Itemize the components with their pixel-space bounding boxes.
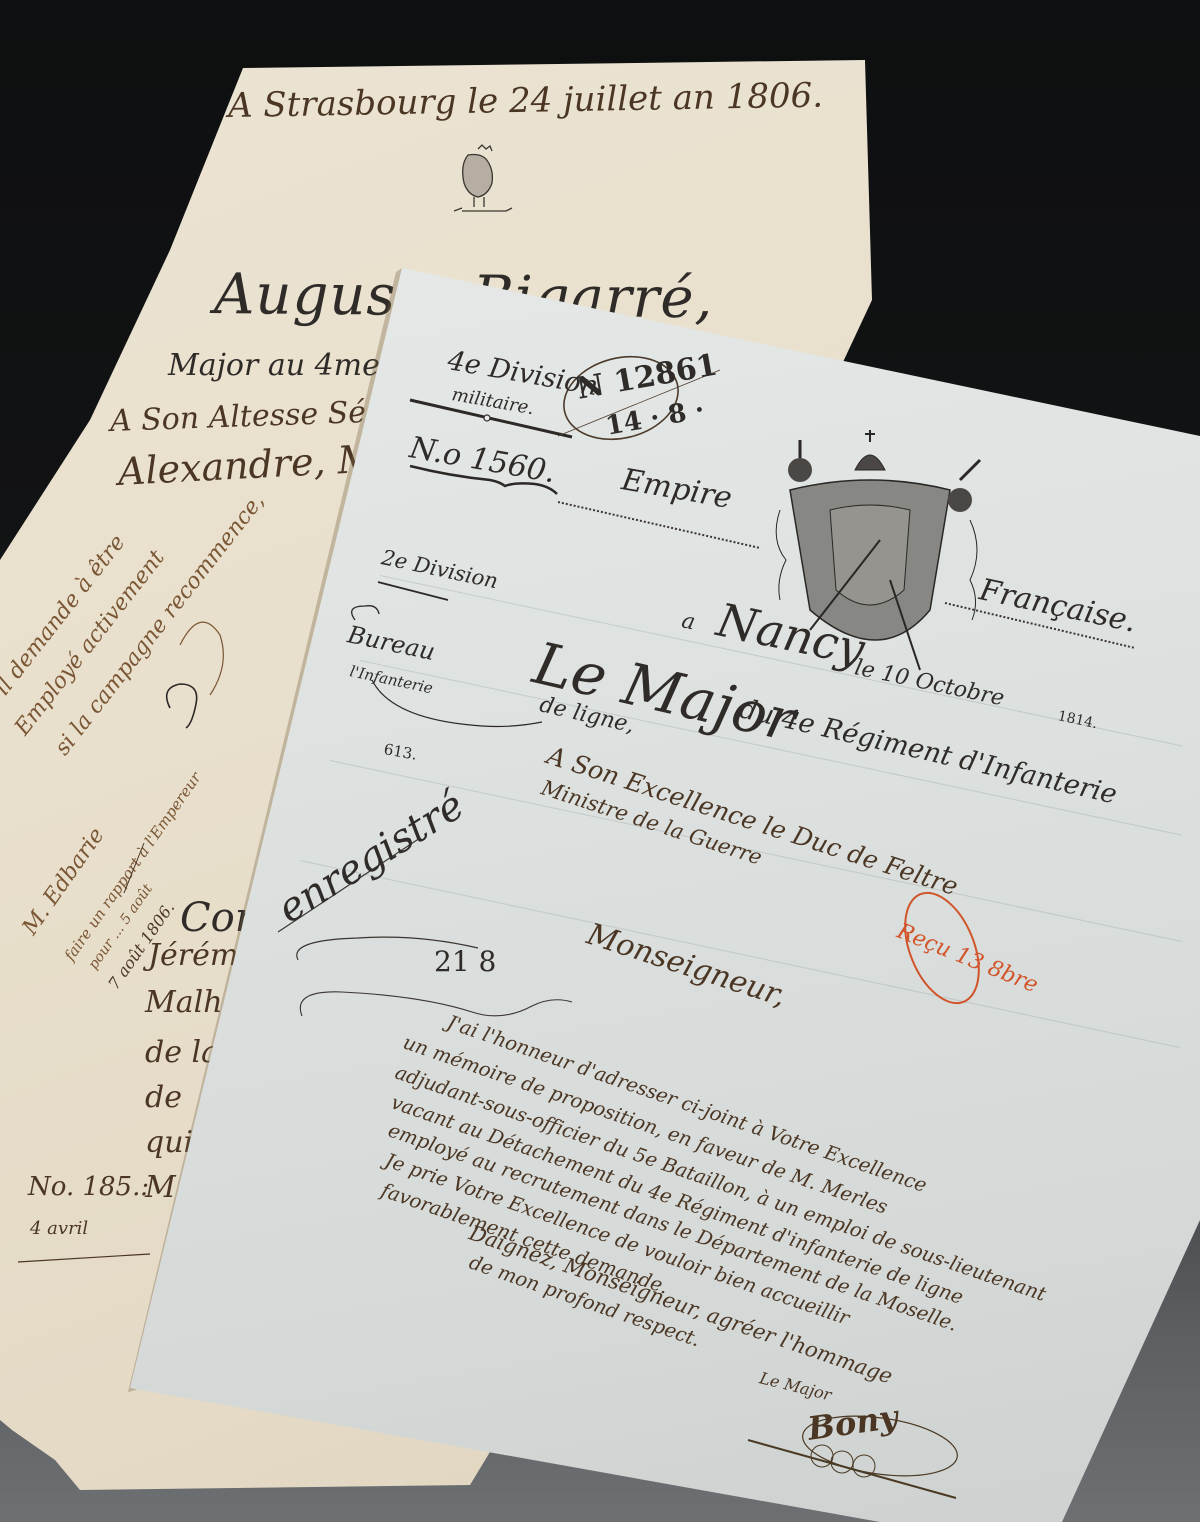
back-letter-number: No. 185.: xyxy=(28,1172,149,1202)
body-fragment: M xyxy=(145,1170,176,1205)
back-letter-date-note: 4 avril xyxy=(30,1218,88,1239)
body-fragment: de xyxy=(145,1080,182,1115)
margin-number: 21 8 xyxy=(434,945,496,978)
document-photo: A Strasbourg le 24 juillet an 1806. Augu… xyxy=(0,0,1200,1522)
